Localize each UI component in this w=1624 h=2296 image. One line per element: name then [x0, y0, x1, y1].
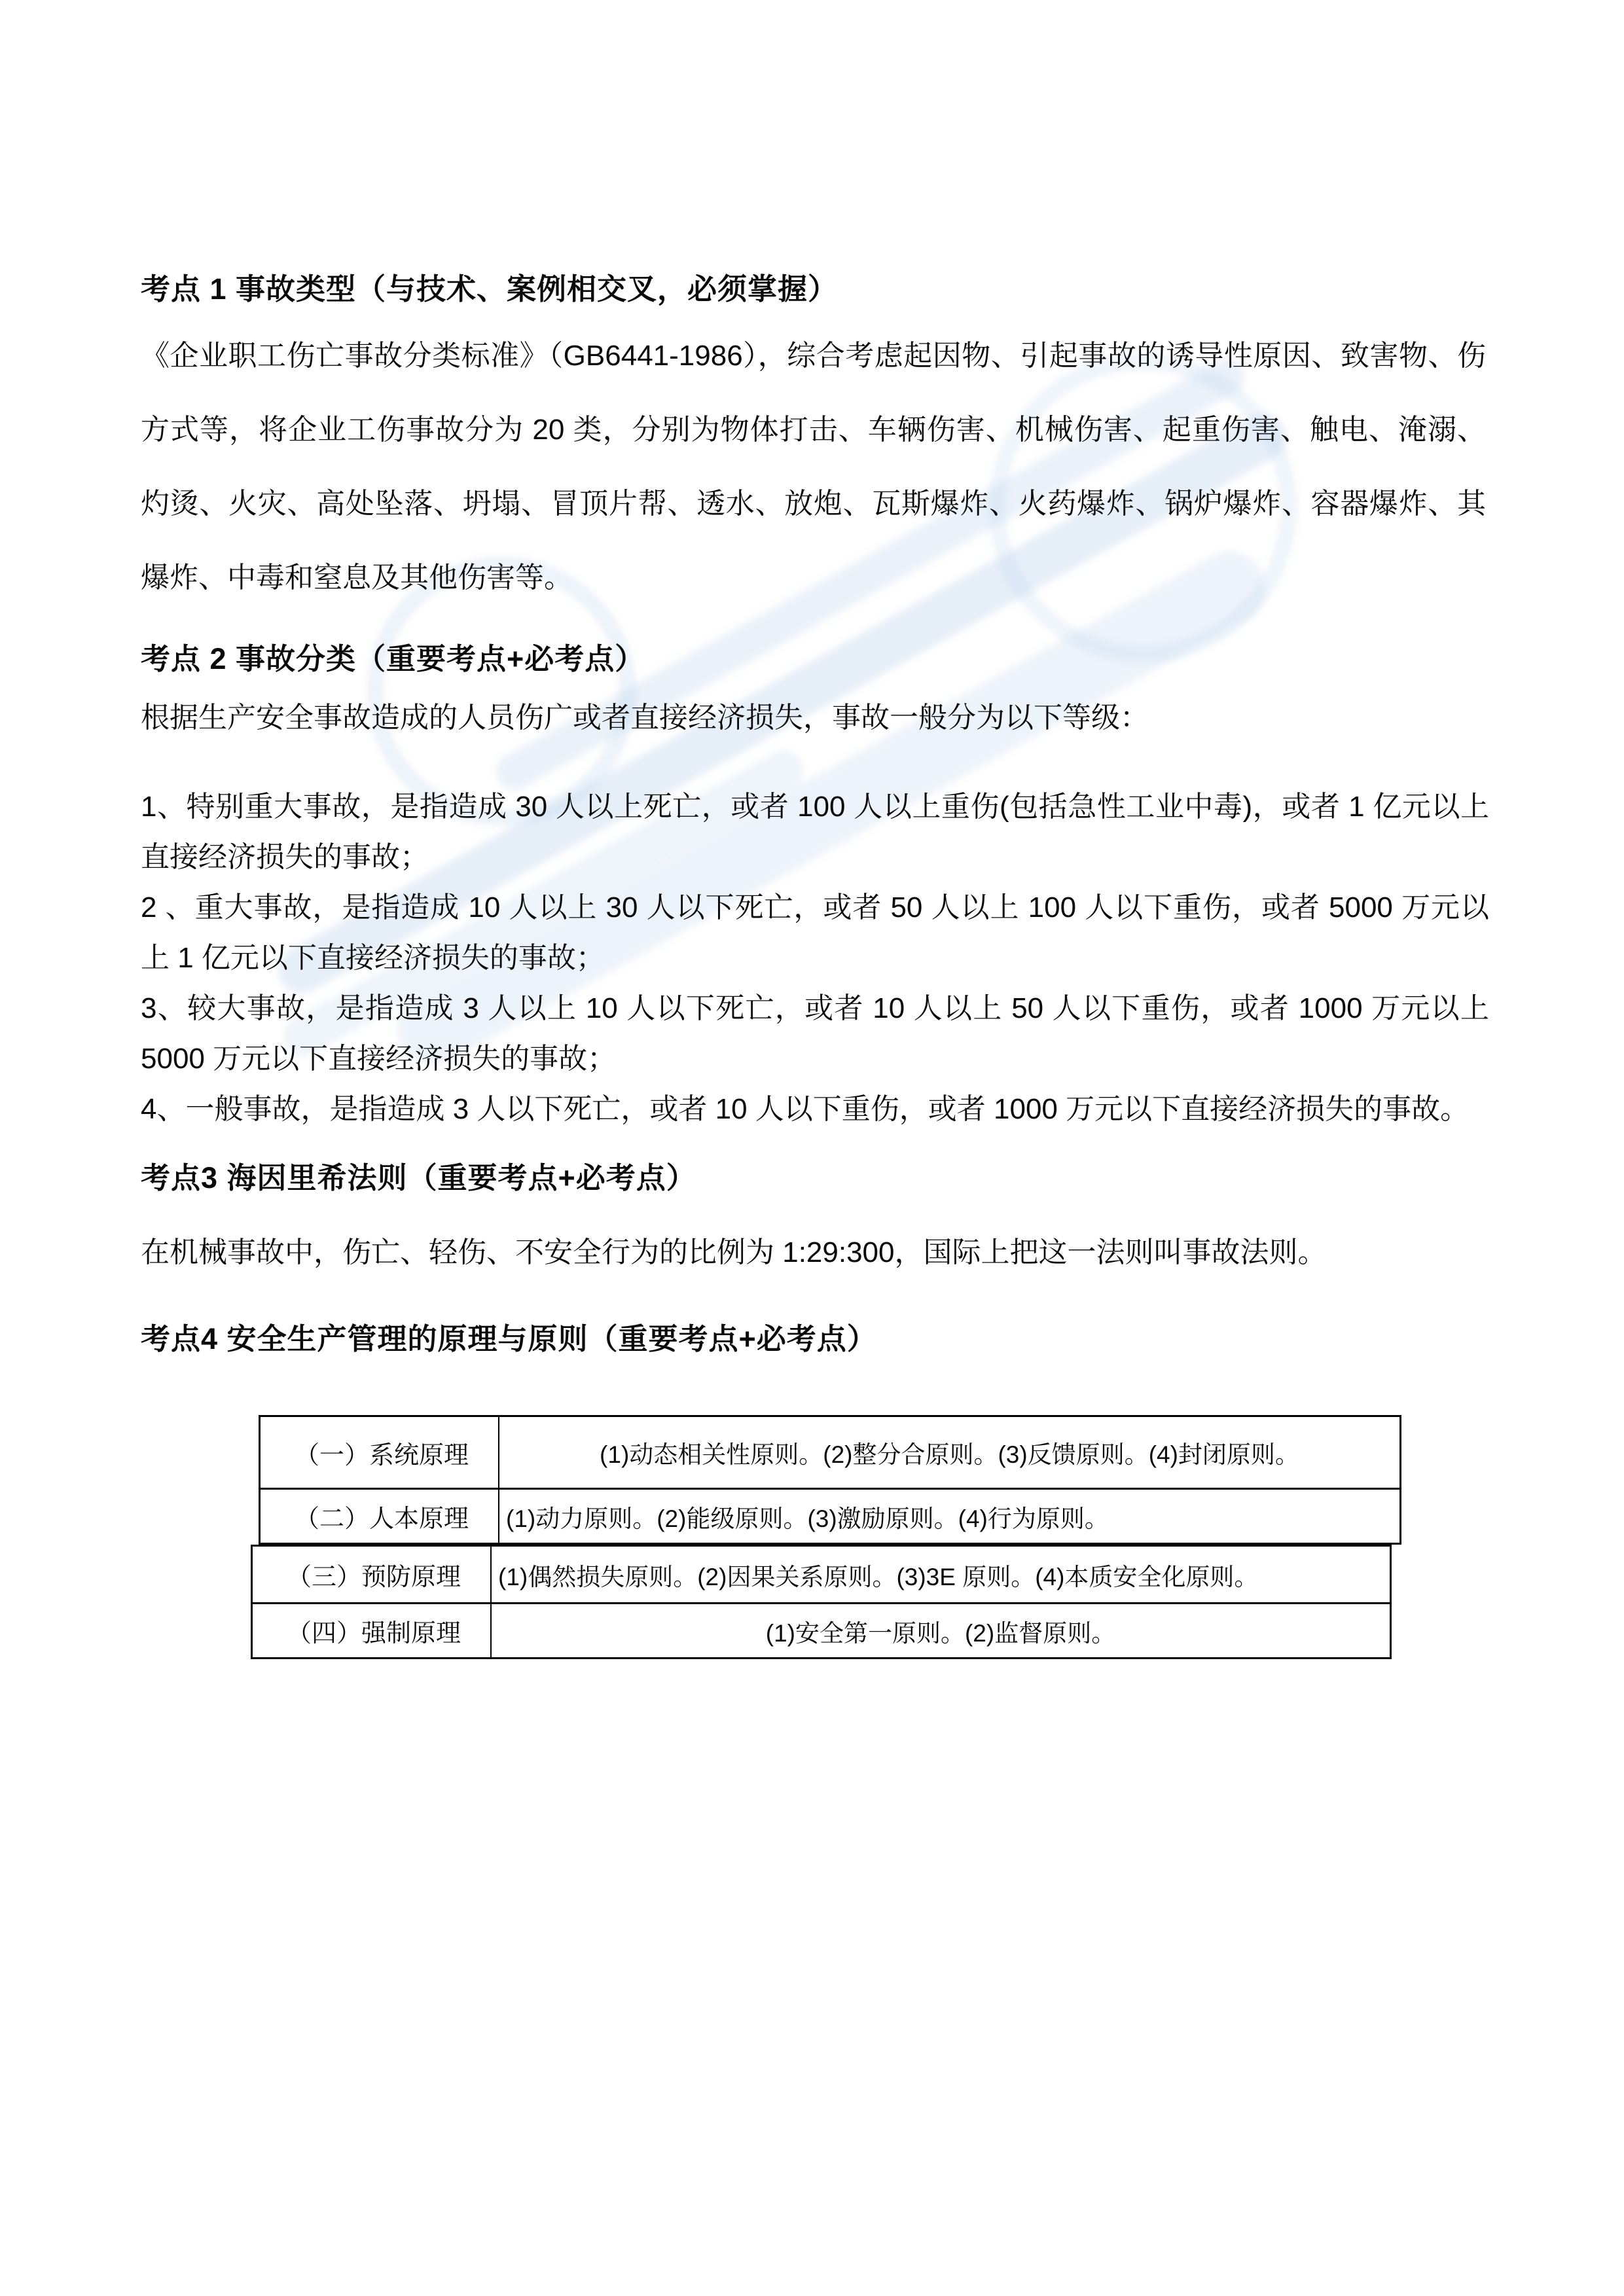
table-row: （一）系统原理 (1)动态相关性原则。(2)整分合原则。(3)反馈原则。(4)封…: [261, 1417, 1399, 1488]
accident-grade-list: 1、特别重大事故，是指造成 30 人以上死亡，或者 100 人以上重伤(包括急性…: [141, 781, 1489, 1134]
paragraph-line: 灼烫、火灾、高处坠落、坍塌、冒顶片帮、透水、放炮、瓦斯爆炸、火药爆炸、锅炉爆炸、…: [141, 467, 1486, 541]
table-row-content: (1)安全第一原则。(2)监督原则。: [492, 1604, 1390, 1657]
table-row-label: （三）预防原理: [253, 1547, 492, 1602]
table-row-content: (1)动力原则。(2)能级原则。(3)激励原则。(4)行为原则。: [499, 1490, 1399, 1543]
paragraph-line: 爆炸、中毒和窒息及其他伤害等。: [141, 541, 1486, 615]
section3-paragraph: 在机械事故中，伤亡、轻伤、不安全行为的比例为 1:29:300，国际上把这一法则…: [141, 1227, 1489, 1278]
section3-heading: 考点3 海因里希法则（重要考点+必考点）: [141, 1158, 1489, 1198]
list-item: 3、较大事故，是指造成 3 人以上 10 人以下死亡，或者 10 人以上 50 …: [141, 983, 1489, 1084]
table-row-content: (1)动态相关性原则。(2)整分合原则。(3)反馈原则。(4)封闭原则。: [499, 1417, 1399, 1488]
table-row-content: (1)偶然损失原则。(2)因果关系原则。(3)3E 原则。(4)本质安全化原则。: [492, 1547, 1390, 1602]
table-row-label: （四）强制原理: [253, 1604, 492, 1657]
principles-table-upper: （一）系统原理 (1)动态相关性原则。(2)整分合原则。(3)反馈原则。(4)封…: [259, 1415, 1401, 1545]
section2-intro: 根据生产安全事故造成的人员伤广或者直接经济损失，事故一般分为以下等级：: [141, 692, 1489, 743]
table-row-label: （二）人本原理: [261, 1490, 499, 1543]
table-row: （三）预防原理 (1)偶然损失原则。(2)因果关系原则。(3)3E 原则。(4)…: [253, 1547, 1390, 1602]
table-row: （二）人本原理 (1)动力原则。(2)能级原则。(3)激励原则。(4)行为原则。: [261, 1488, 1399, 1543]
list-item: 4、一般事故，是指造成 3 人以下死亡，或者 10 人以下重伤，或者 1000 …: [141, 1084, 1489, 1134]
section2-heading: 考点 2 事故分类（重要考点+必考点）: [141, 639, 1489, 679]
paragraph-line: 方式等，将企业工伤事故分为 20 类，分别为物体打击、车辆伤害、机械伤害、起重伤…: [141, 393, 1486, 467]
section1-paragraph: 《企业职工伤亡事故分类标准》（GB6441-1986），综合考虑起因物、引起事故…: [141, 319, 1486, 615]
list-item: 2 、重大事故，是指造成 10 人以上 30 人以下死亡，或者 50 人以上 1…: [141, 882, 1489, 983]
table-row-label: （一）系统原理: [261, 1417, 499, 1488]
paragraph-line: 《企业职工伤亡事故分类标准》（GB6441-1986），综合考虑起因物、引起事故…: [141, 319, 1486, 393]
principles-table-lower: （三）预防原理 (1)偶然损失原则。(2)因果关系原则。(3)3E 原则。(4)…: [251, 1545, 1392, 1659]
section4-heading: 考点4 安全生产管理的原理与原则（重要考点+必考点）: [141, 1319, 1489, 1359]
section1-heading: 考点 1 事故类型（与技术、案例相交叉，必须掌握）: [141, 270, 1489, 309]
list-item: 1、特别重大事故，是指造成 30 人以上死亡，或者 100 人以上重伤(包括急性…: [141, 781, 1489, 882]
document-page: 考点 1 事故类型（与技术、案例相交叉，必须掌握） 《企业职工伤亡事故分类标准》…: [0, 0, 1624, 2296]
table-row: （四）强制原理 (1)安全第一原则。(2)监督原则。: [253, 1602, 1390, 1657]
